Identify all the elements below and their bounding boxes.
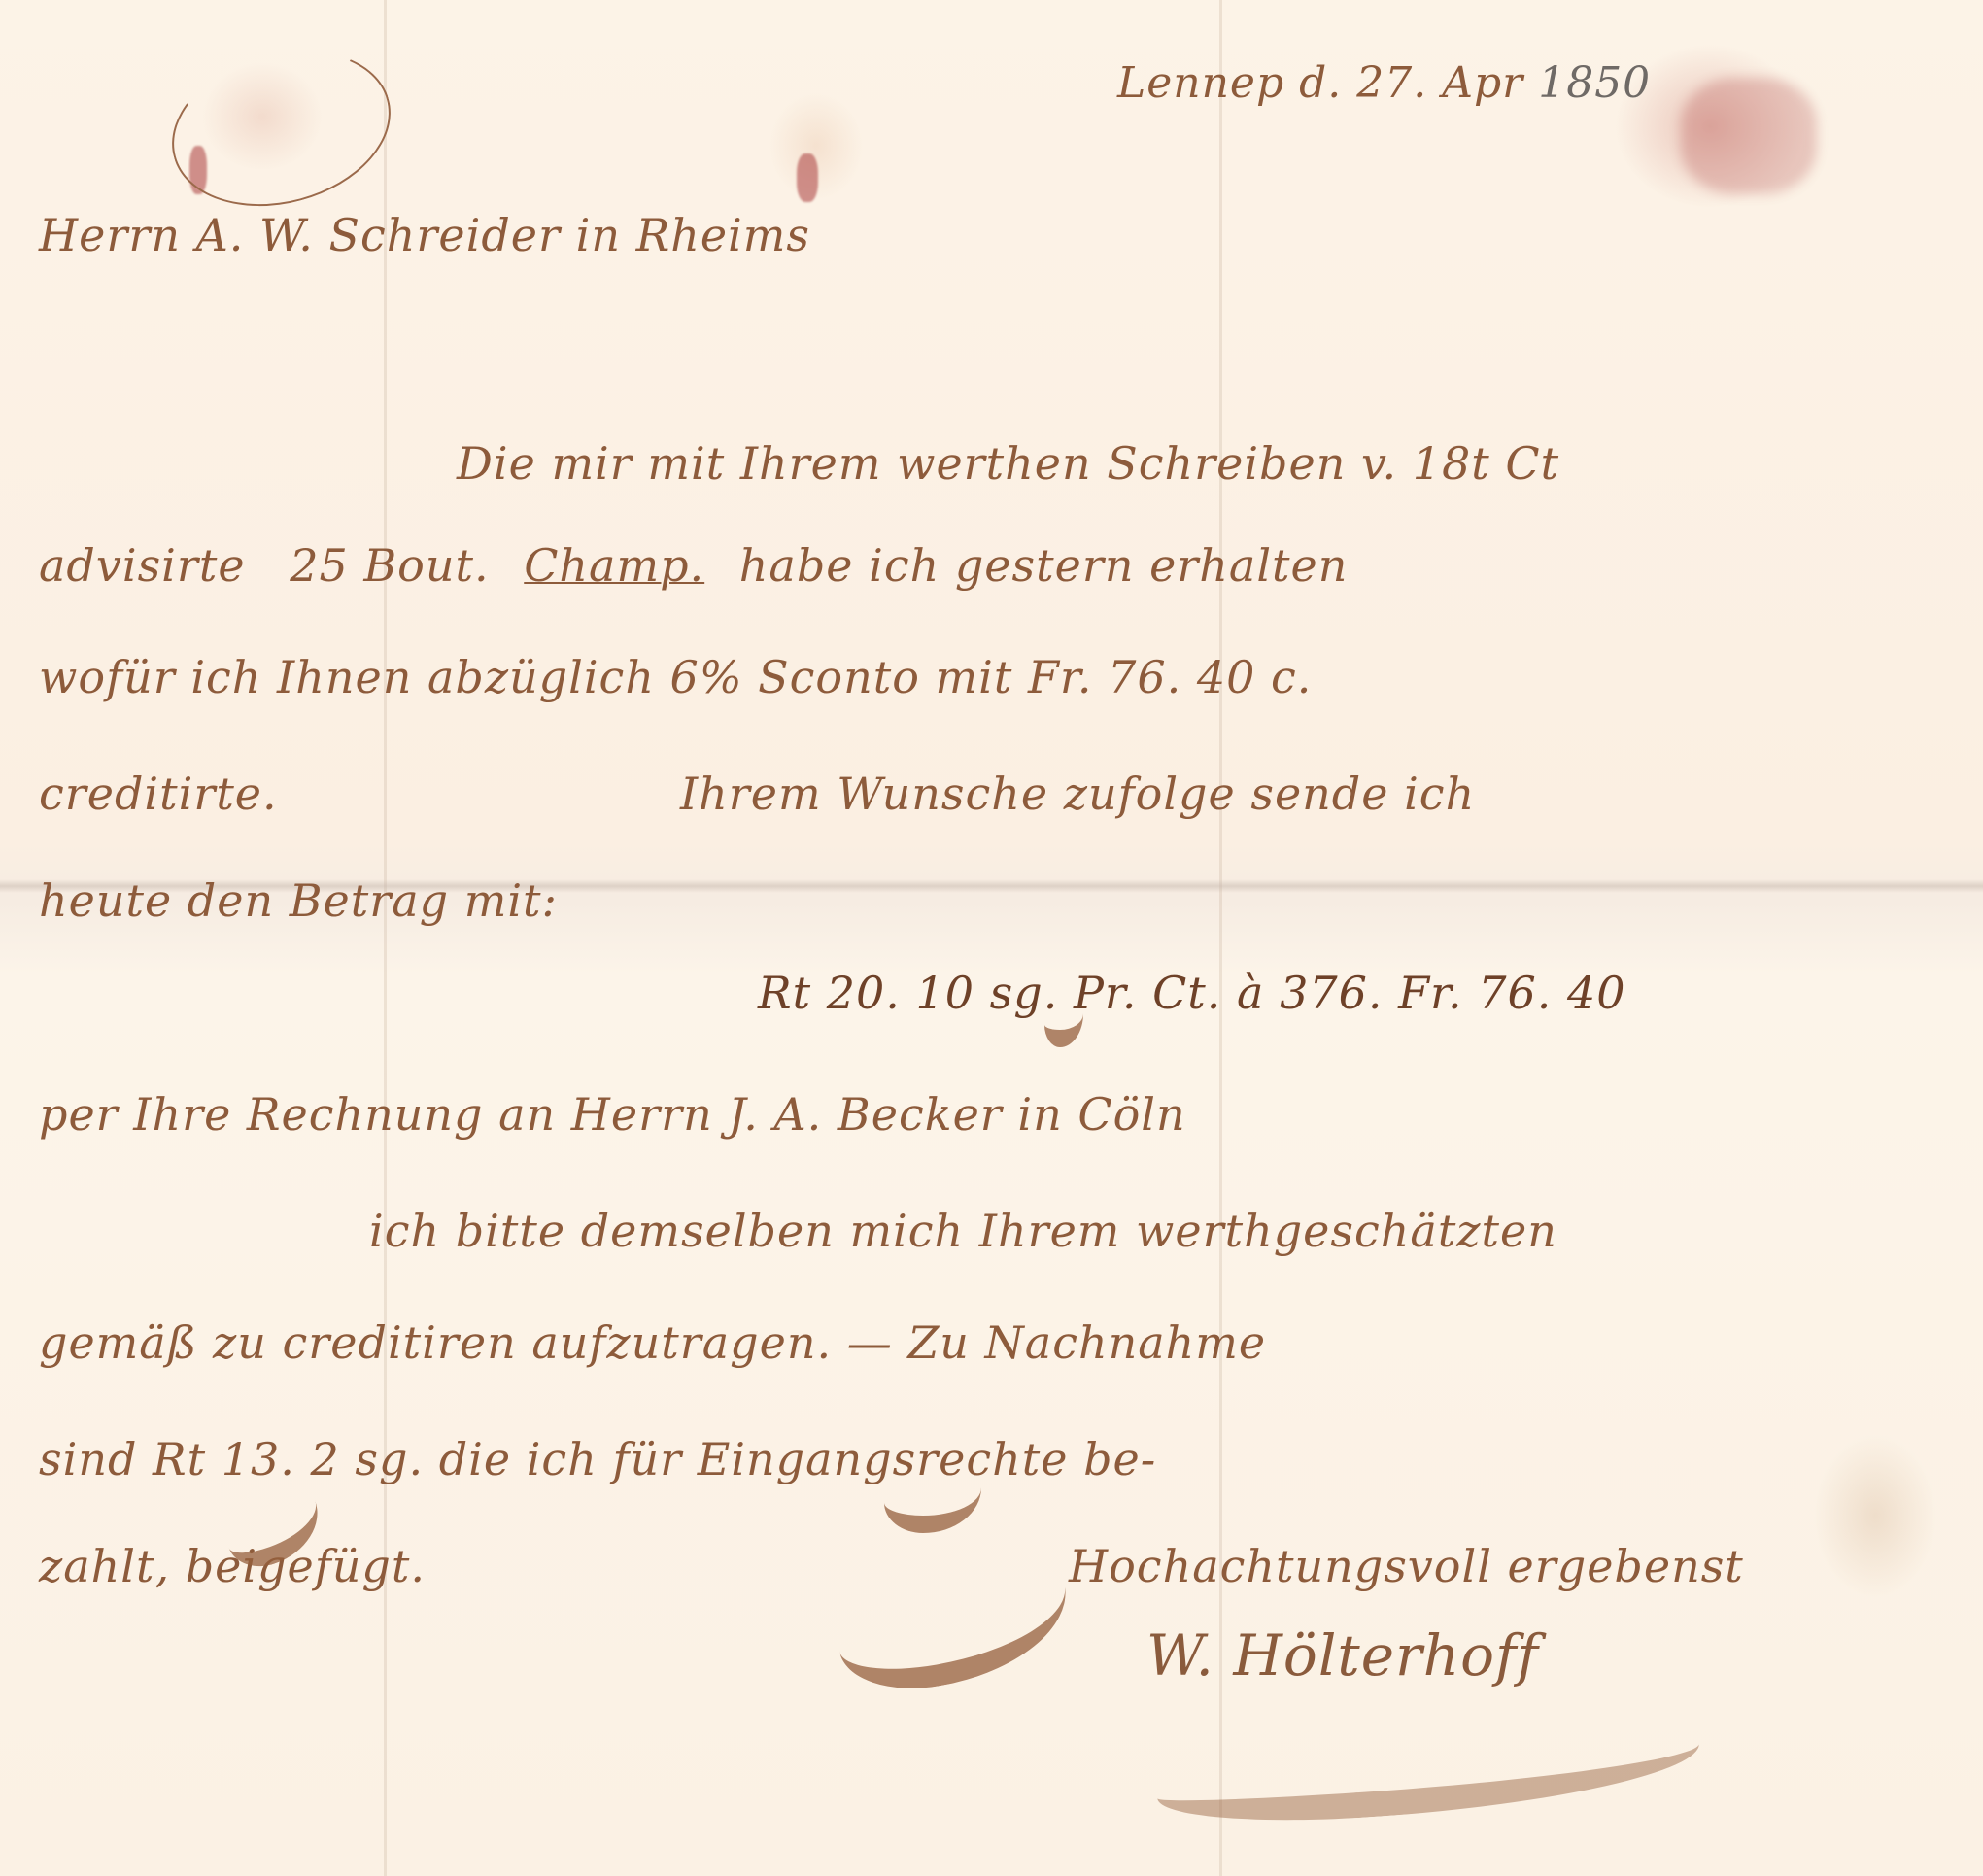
place-date: Lennep d. 27. Apr 1850 bbox=[1117, 58, 1651, 108]
amount-line: Rt 20. 10 sg. Pr. Ct. à 376. Fr. 76. 40 bbox=[758, 967, 1626, 1019]
wax-seal-mark bbox=[797, 153, 818, 202]
addressee: Herrn A. W. Schreider in Rheims bbox=[39, 209, 810, 261]
received-text: habe ich gestern erhalten bbox=[739, 539, 1349, 592]
quantity-bottles: 25 Bout. bbox=[290, 539, 489, 592]
body-line-1: Die mir mit Ihrem werthen Schreiben v. 1… bbox=[457, 437, 1559, 490]
body-line-10: gemäß zu creditiren aufzutragen. — Zu Na… bbox=[39, 1316, 1266, 1369]
ink-flourish bbox=[826, 1535, 1077, 1702]
postal-circle-mark bbox=[154, 27, 408, 229]
body-line-4: creditirte. bbox=[39, 767, 278, 820]
closing: Hochachtungsvoll ergebenst bbox=[1069, 1540, 1744, 1592]
ink-flourish bbox=[884, 1457, 981, 1533]
body-line-2: advisirte 25 Bout. Champ. habe ich geste… bbox=[39, 539, 1348, 592]
body-line-6: heute den Betrag mit: bbox=[39, 874, 558, 927]
signature-underline-flourish bbox=[1154, 1711, 1703, 1832]
body-line-8: per Ihre Rechnung an Herrn J. A. Becker … bbox=[39, 1088, 1186, 1141]
wax-seal-mark bbox=[1681, 78, 1817, 194]
vertical-fold bbox=[1219, 0, 1222, 1876]
champagne-underlined: Champ. bbox=[524, 539, 704, 592]
word-advisirte: advisirte bbox=[39, 539, 246, 592]
ink-flourish bbox=[1044, 991, 1083, 1047]
body-line-11: sind Rt 13. 2 sg. die ich für Eingangsre… bbox=[39, 1433, 1156, 1485]
place-date-text: Lennep d. 27. Apr bbox=[1117, 58, 1523, 108]
signature: W. Hölterhoff bbox=[1146, 1622, 1539, 1688]
body-line-3: wofür ich Ihnen abzüglich 6% Sconto mit … bbox=[39, 651, 1312, 703]
letter-paper: Lennep d. 27. Apr 1850 Herrn A. W. Schre… bbox=[0, 0, 1983, 1876]
year-text: 1850 bbox=[1538, 58, 1651, 108]
body-line-9: ich bitte demselben mich Ihrem werthgesc… bbox=[369, 1205, 1557, 1257]
body-line-5: Ihrem Wunsche zufolge sende ich bbox=[680, 767, 1475, 820]
vertical-fold bbox=[384, 0, 387, 1876]
